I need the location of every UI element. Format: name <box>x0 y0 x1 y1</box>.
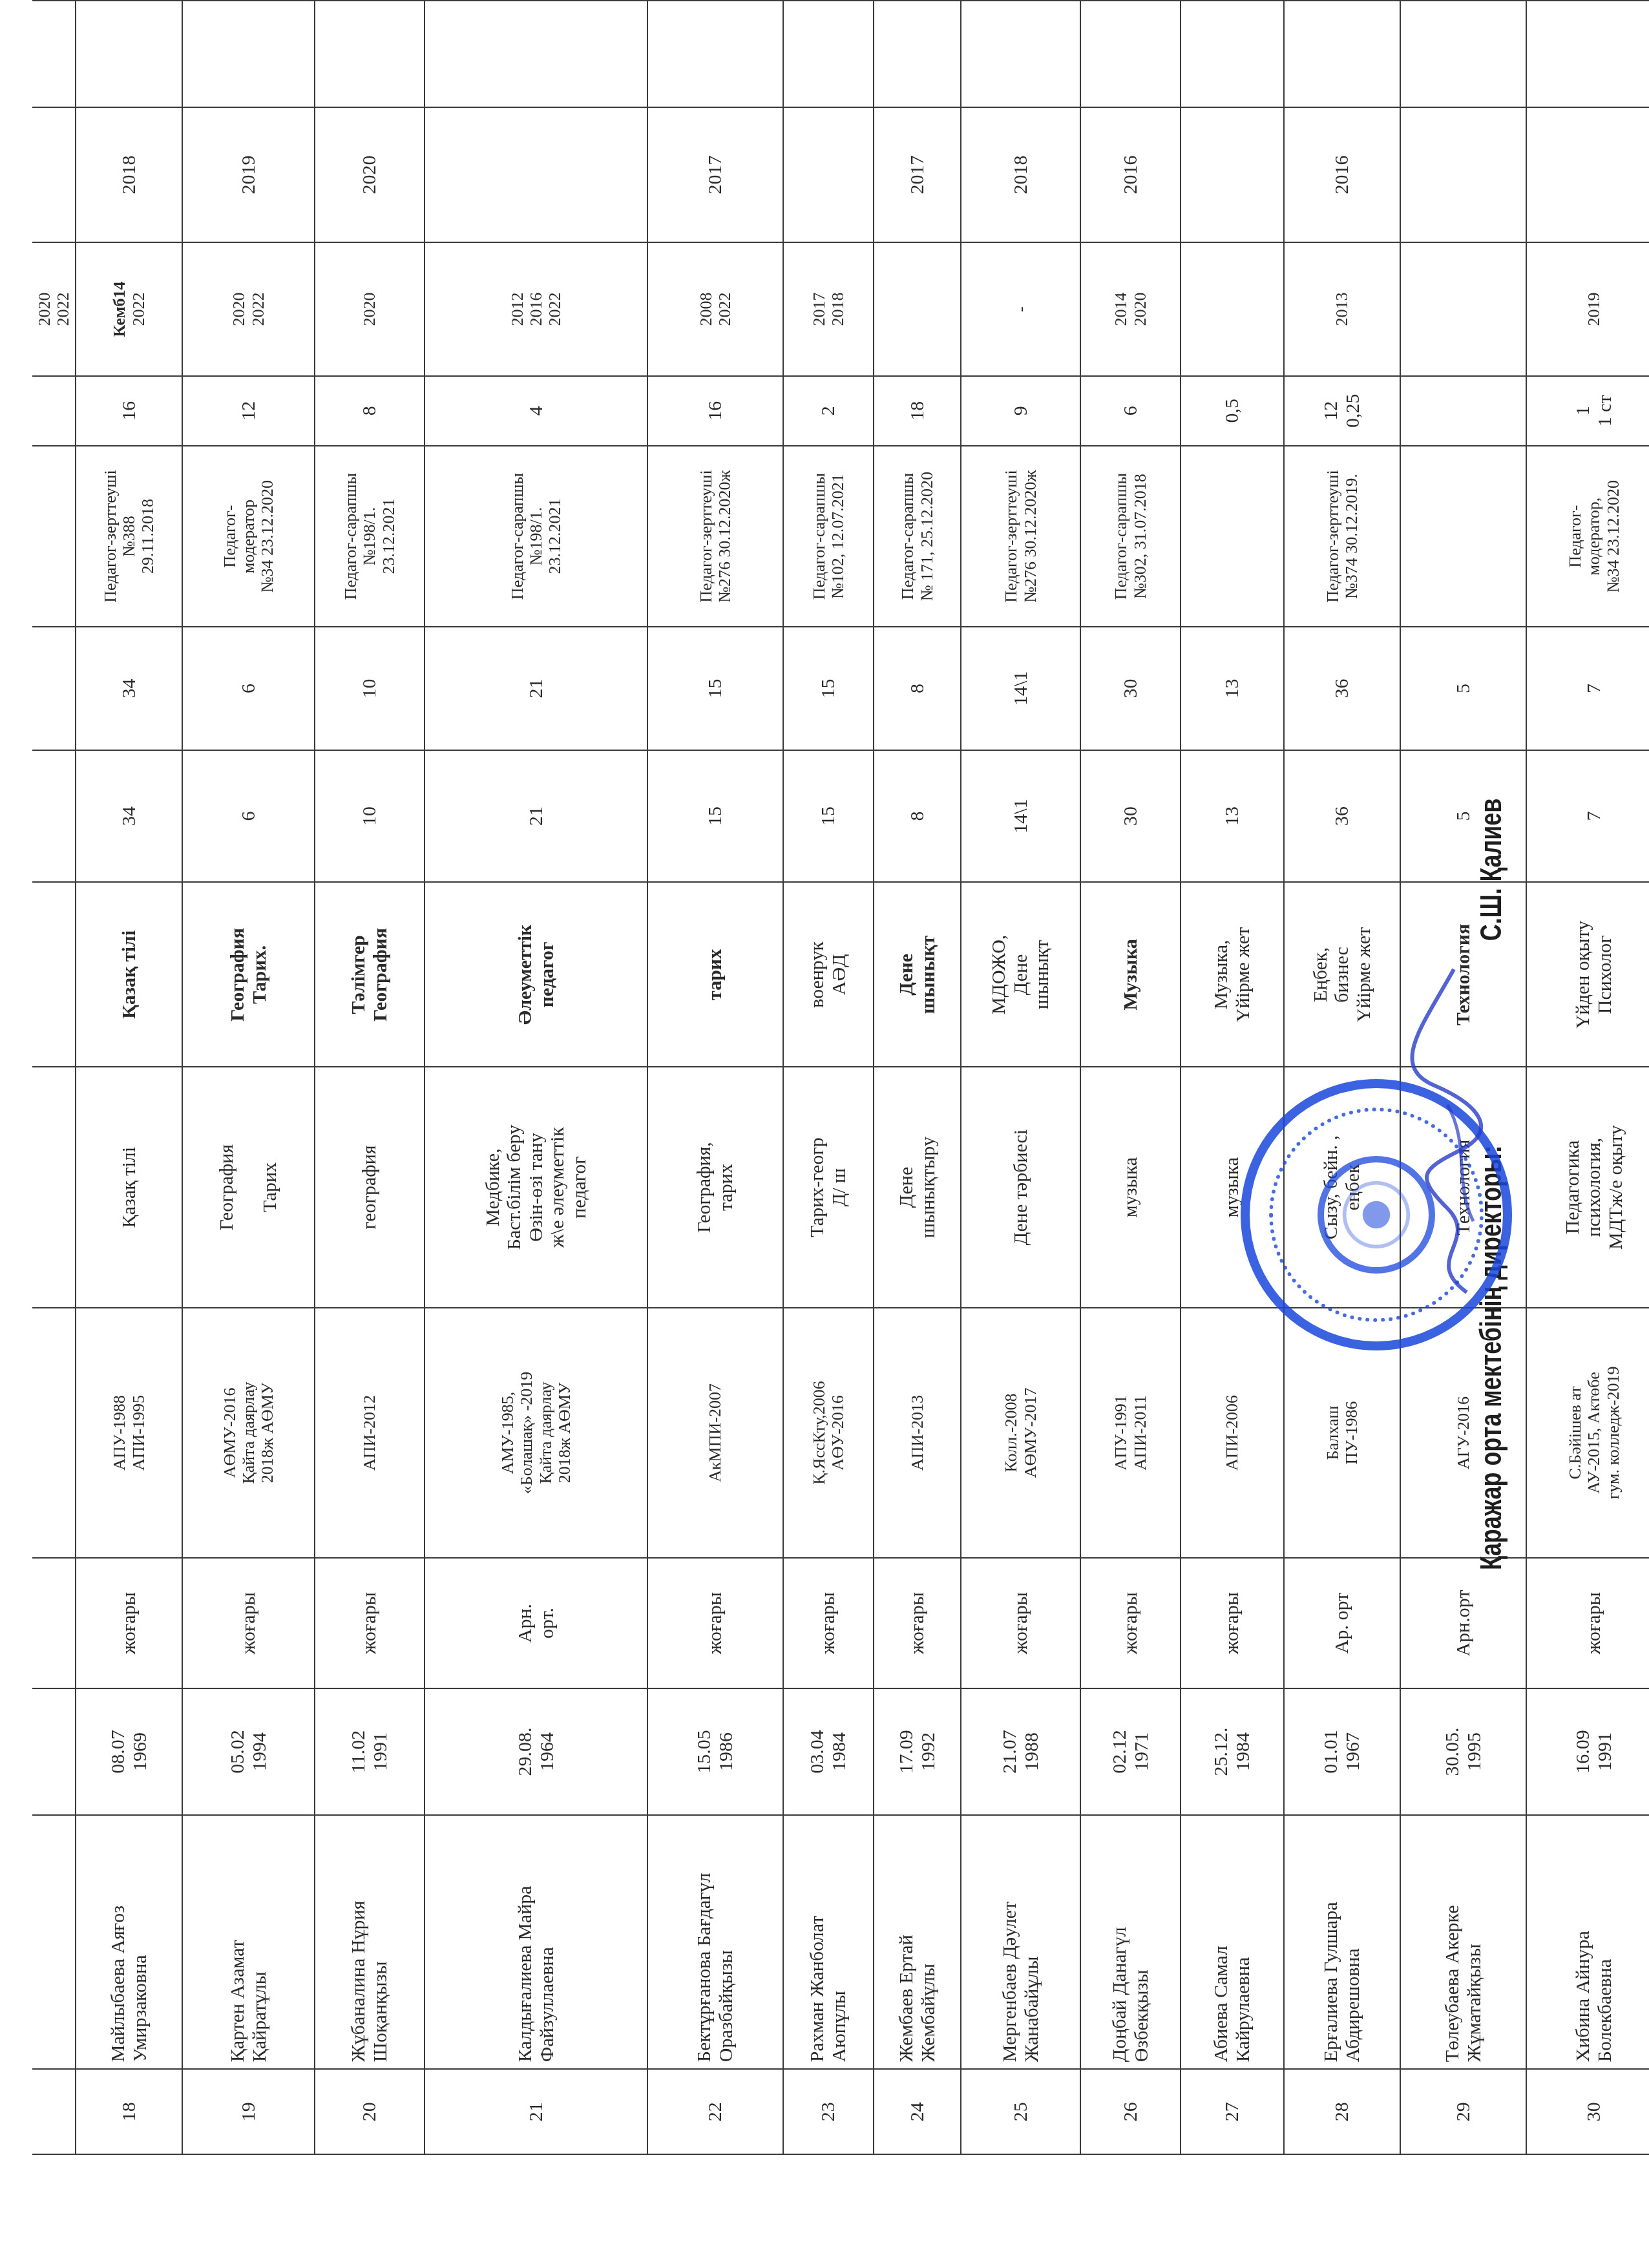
diploma-specialty: география <box>315 1067 425 1308</box>
diploma-specialty: музыка <box>1181 1067 1284 1308</box>
course-code: Кемб14 <box>110 281 129 337</box>
birth-date: 25.12. 1984 <box>1181 1688 1284 1815</box>
birth-date: 05.02 1994 <box>182 1688 315 1815</box>
table-row: 23Рахман Жанболат Аюпұлы03.04 1984жоғары… <box>783 1 874 2154</box>
teacher-name: Жұбаналина Нұрия Шоқанқызы <box>315 1815 425 2069</box>
diploma-specialty: Дене тәрбиесі <box>961 1067 1080 1308</box>
diploma-specialty: Тарих-геогр Д/ ш <box>783 1067 874 1308</box>
attestation-year <box>1400 107 1526 243</box>
course-years: 2019 <box>1526 243 1649 376</box>
diploma-specialty: География, тарих <box>647 1067 783 1308</box>
teaching-hours: 14\1 <box>961 750 1080 883</box>
row-number: 22 <box>647 2069 783 2154</box>
subject-taught: География Тарих. <box>182 883 315 1067</box>
attestation-year: 2020 <box>315 107 425 243</box>
table-row: 30Хибина Айнура Болекбаевна16.09 1991жоғ… <box>1526 1 1649 2154</box>
qualification-category: Педагог- модератор, №34 23.12.2020 <box>1526 446 1649 627</box>
teaching-hours-total: 15 <box>783 627 874 750</box>
qualification-category: Педагог-зерттеуші №276 30.12.2020ж <box>961 446 1080 627</box>
teacher-name: Төлеубаева Акерке Жұматайқызы <box>1400 1815 1526 2069</box>
work-experience: 12 <box>182 376 315 446</box>
blank-cell <box>647 1 783 107</box>
table-row: 21Калдығалиева Майра Файзуллаевна29.08. … <box>425 1 647 2154</box>
qualification-category: Педагог-зерттеуші №388 29.11.2018 <box>76 446 182 627</box>
institution: АПУ-1991 АПИ-2011 <box>1080 1308 1181 1558</box>
subject-taught: Музыка, Үйірме жет <box>1181 883 1284 1067</box>
teacher-name: Бектұрғанова Бағдагүл Оразбайқызы <box>647 1815 783 2069</box>
blank-cell <box>1526 1 1649 107</box>
course-years: 2014 2020 <box>1080 243 1181 376</box>
qualification-category <box>1181 446 1284 627</box>
teaching-hours-total: 15 <box>647 627 783 750</box>
work-experience <box>1400 376 1526 446</box>
education-level: жоғары <box>783 1558 874 1688</box>
subject-taught: Еңбек, бизнес Үйірме жет <box>1284 883 1400 1067</box>
attestation-year: 2018 <box>961 107 1080 243</box>
subject-taught: Музыка <box>1080 883 1181 1067</box>
table-row: 27Абиева Самал Кайрулаевна25.12. 1984жоғ… <box>1181 1 1284 2154</box>
blank-cell <box>425 1 647 107</box>
teacher-name: Хибина Айнура Болекбаевна <box>1526 1815 1649 2069</box>
subject-taught: Үйден оқыту Психолог <box>1526 883 1649 1067</box>
work-experience: 12 0,25 <box>1284 376 1400 446</box>
subject-taught: Дене шынықт <box>874 883 961 1067</box>
signature-line: Қаражар орта мектебінің директоры: С.Ш. … <box>1473 799 1508 1570</box>
institution: Қ.ЯссКту,2006 АӨУ-2016 <box>783 1308 874 1558</box>
education-level: жоғары <box>1181 1558 1284 1688</box>
education-level: жоғары <box>315 1558 425 1688</box>
teaching-hours-total: 34 <box>76 627 182 750</box>
birth-date: 21.07 1988 <box>961 1688 1080 1815</box>
course-years <box>1181 243 1284 376</box>
qualification-category: Педагог- модератор №34 23.12.2020 <box>182 446 315 627</box>
diploma-specialty: музыка <box>1080 1067 1181 1308</box>
attestation-year <box>1181 107 1284 243</box>
diploma-specialty: Дене шынықтыру <box>874 1067 961 1308</box>
subject-taught: МДОЖО, Дене шынықт <box>961 883 1080 1067</box>
teacher-name: Майлыбаева Аяғоз Умирзаковна <box>76 1815 182 2069</box>
institution: С.Бәйішев ат АУ-2015, Актөбе гум. коллед… <box>1526 1308 1649 1558</box>
course-years: 2012 2016 2022 <box>425 243 647 376</box>
blank-cell <box>783 1 874 107</box>
diploma-specialty: География Тарих <box>182 1067 315 1308</box>
teaching-hours-total: 30 <box>1080 627 1181 750</box>
teacher-name: Ерғалиева Гулшара Абдирешовна <box>1284 1815 1400 2069</box>
teacher-name: Жембаев Ертай Жембайұлы <box>874 1815 961 2069</box>
subject-taught: Тәлімгер География <box>315 883 425 1067</box>
table-row: 24Жембаев Ертай Жембайұлы17.09 1992жоғар… <box>874 1 961 2154</box>
row-number: 20 <box>315 2069 425 2154</box>
education-level: жоғары <box>961 1558 1080 1688</box>
diploma-specialty: Педагогика психология, МДТж/е оқыту <box>1526 1067 1649 1308</box>
row-number: 21 <box>425 2069 647 2154</box>
work-experience: 4 <box>425 376 647 446</box>
course-years: 2008 2022 <box>647 243 783 376</box>
teaching-hours-total: 36 <box>1284 627 1400 750</box>
partial-top-row: 2020 2022 <box>32 1 76 2154</box>
birth-date: 15.05 1986 <box>647 1688 783 1815</box>
blank-cell <box>76 1 182 107</box>
attestation-year: 2019 <box>182 107 315 243</box>
teaching-hours: 30 <box>1080 750 1181 883</box>
qualification-category: Педагог-сарапшы №198/1. 23.12.2021 <box>315 446 425 627</box>
blank-cell <box>1181 1 1284 107</box>
teacher-name: Абиева Самал Кайрулаевна <box>1181 1815 1284 2069</box>
row-number: 24 <box>874 2069 961 2154</box>
table-row: 25Мергенбаев Дәулет Жанабайұлы21.07 1988… <box>961 1 1080 2154</box>
teaching-hours: 36 <box>1284 750 1400 883</box>
course-years: 2020 <box>315 243 425 376</box>
work-experience: 18 <box>874 376 961 446</box>
work-experience: 9 <box>961 376 1080 446</box>
course-years: - <box>961 243 1080 376</box>
course-years <box>1400 243 1526 376</box>
attestation-year <box>425 107 647 243</box>
attestation-year: 2017 <box>647 107 783 243</box>
work-experience: 16 <box>647 376 783 446</box>
institution: АПУ-1988 АПИ-1995 <box>76 1308 182 1558</box>
teaching-hours: 21 <box>425 750 647 883</box>
subject-taught: военрук АӘД <box>783 883 874 1067</box>
row-number: 19 <box>182 2069 315 2154</box>
table-row: 22Бектұрғанова Бағдагүл Оразбайқызы15.05… <box>647 1 783 2154</box>
staff-table-wrapper: 2020 2022 18Майлыбаева Аяғоз Умирзаковна… <box>32 0 1649 2155</box>
qualification-category: Педагог-сарапшы №198/1. 23.12.2021 <box>425 446 647 627</box>
teaching-hours: 7 <box>1526 750 1649 883</box>
qualification-category <box>1400 446 1526 627</box>
birth-date: 16.09 1991 <box>1526 1688 1649 1815</box>
row-number: 18 <box>76 2069 182 2154</box>
blank-cell <box>315 1 425 107</box>
attestation-year: 2016 <box>1284 107 1400 243</box>
qualification-category: Педагог-сарапшы №102, 12.07.2021 <box>783 446 874 627</box>
subject-taught: Әлеуметтік педагог <box>425 883 647 1067</box>
education-level: жоғары <box>647 1558 783 1688</box>
row-number: 27 <box>1181 2069 1284 2154</box>
teaching-hours-total: 21 <box>425 627 647 750</box>
institution: АӨМУ-2016 Қайта даярлау 2018ж АӨМУ <box>182 1308 315 1558</box>
teaching-hours-total: 13 <box>1181 627 1284 750</box>
teaching-hours: 13 <box>1181 750 1284 883</box>
birth-date: 30.05. 1995 <box>1400 1688 1526 1815</box>
teaching-hours: 34 <box>76 750 182 883</box>
diploma-specialty: Медбике, Баст.білім беру Өзін-өзі тану ж… <box>425 1067 647 1308</box>
teacher-name: Калдығалиева Майра Файзуллаевна <box>425 1815 647 2069</box>
course-years: 2013 <box>1284 243 1400 376</box>
table-row: 28Ерғалиева Гулшара Абдирешовна01.01 196… <box>1284 1 1400 2154</box>
institution: АПИ-2012 <box>315 1308 425 1558</box>
qualification-category: Педагог-сарапшы № 171, 25.12.2020 <box>874 446 961 627</box>
row-number: 25 <box>961 2069 1080 2154</box>
teaching-hours-total: 14\1 <box>961 627 1080 750</box>
diploma-specialty: Қазақ тілі <box>76 1067 182 1308</box>
birth-date: 17.09 1992 <box>874 1688 961 1815</box>
blank-cell <box>182 1 315 107</box>
teacher-name: Мергенбаев Дәулет Жанабайұлы <box>961 1815 1080 2069</box>
qualification-category: Педагог-зерттеуші №276 30.12.2020ж <box>647 446 783 627</box>
institution: Колл.-2008 АӨМУ-2017 <box>961 1308 1080 1558</box>
teaching-hours-total: 6 <box>182 627 315 750</box>
subject-taught: тарих <box>647 883 783 1067</box>
row-number: 30 <box>1526 2069 1649 2154</box>
subject-taught: Қазақ тілі <box>76 883 182 1067</box>
work-experience: 8 <box>315 376 425 446</box>
table-row: 19Қартен Азамат Қайратұлы05.02 1994жоғар… <box>182 1 315 2154</box>
work-experience: 0,5 <box>1181 376 1284 446</box>
teacher-name: Қартен Азамат Қайратұлы <box>182 1815 315 2069</box>
teaching-hours-total: 10 <box>315 627 425 750</box>
teaching-hours: 10 <box>315 750 425 883</box>
birth-date: 08.07 1969 <box>76 1688 182 1815</box>
attestation-year: 2018 <box>76 107 182 243</box>
diploma-specialty: Сызу, бейн. , еңбек <box>1284 1067 1400 1308</box>
education-level: Арн. орт. <box>425 1558 647 1688</box>
birth-date: 11.02 1991 <box>315 1688 425 1815</box>
attestation-year <box>1526 107 1649 243</box>
education-level: жоғары <box>1080 1558 1181 1688</box>
director-title: Қаражар орта мектебінің директоры: <box>1474 1146 1507 1570</box>
table-row: 18Майлыбаева Аяғоз Умирзаковна08.07 1969… <box>76 1 182 2154</box>
education-level: Арн.орт <box>1400 1558 1526 1688</box>
birth-date: 01.01 1967 <box>1284 1688 1400 1815</box>
work-experience: 1 1 ст <box>1526 376 1649 446</box>
row-number: 23 <box>783 2069 874 2154</box>
blank-cell <box>1400 1 1526 107</box>
partial-course-years: 2020 2022 <box>32 243 76 376</box>
teaching-hours-total: 5 <box>1400 627 1526 750</box>
institution: АПИ-2013 <box>874 1308 961 1558</box>
work-experience: 2 <box>783 376 874 446</box>
teaching-hours-total: 7 <box>1526 627 1649 750</box>
teaching-hours: 15 <box>647 750 783 883</box>
teaching-hours: 15 <box>783 750 874 883</box>
row-number: 28 <box>1284 2069 1400 2154</box>
birth-date: 02.12 1971 <box>1080 1688 1181 1815</box>
work-experience: 16 <box>76 376 182 446</box>
blank-cell <box>1080 1 1181 107</box>
education-level: Ар. орт <box>1284 1558 1400 1688</box>
blank-cell <box>1284 1 1400 107</box>
course-years: 2020 2022 <box>182 243 315 376</box>
teaching-hours: 8 <box>874 750 961 883</box>
qualification-category: Педагог-зерттеуші №374 30.12.2019. <box>1284 446 1400 627</box>
education-level: жоғары <box>76 1558 182 1688</box>
course-years <box>874 243 961 376</box>
education-level: жоғары <box>874 1558 961 1688</box>
birth-date: 29.08. 1964 <box>425 1688 647 1815</box>
table-row: 20Жұбаналина Нұрия Шоқанқызы11.02 1991жо… <box>315 1 425 2154</box>
institution: АМУ-1985, «Болашақ» -2019 Қайта даярлау … <box>425 1308 647 1558</box>
institution: АПИ-2006 <box>1181 1308 1284 1558</box>
work-experience: 6 <box>1080 376 1181 446</box>
table-row: 26Доңбай Данагүл Өзбекқызы02.12 1971жоға… <box>1080 1 1181 2154</box>
blank-cell <box>874 1 961 107</box>
attestation-year <box>783 107 874 243</box>
qualification-category: Педагог-сарапшы №302, 31.07.2018 <box>1080 446 1181 627</box>
staff-table: 2020 2022 18Майлыбаева Аяғоз Умирзаковна… <box>32 0 1649 2155</box>
document-sheet: 2020 2022 18Майлыбаева Аяғоз Умирзаковна… <box>0 0 1649 2268</box>
course-years: Кемб14 2022 <box>76 243 182 376</box>
row-number: 29 <box>1400 2069 1526 2154</box>
row-number: 26 <box>1080 2069 1181 2154</box>
attestation-year: 2016 <box>1080 107 1181 243</box>
attestation-year: 2017 <box>874 107 961 243</box>
director-name: С.Ш. Қалиев <box>1474 799 1507 941</box>
course-years: 2017 2018 <box>783 243 874 376</box>
teaching-hours: 6 <box>182 750 315 883</box>
teacher-name: Доңбай Данагүл Өзбекқызы <box>1080 1815 1181 2069</box>
education-level: жоғары <box>182 1558 315 1688</box>
institution: Балхаш ПУ-1986 <box>1284 1308 1400 1558</box>
education-level: жоғары <box>1526 1558 1649 1688</box>
birth-date: 03.04 1984 <box>783 1688 874 1815</box>
blank-cell <box>961 1 1080 107</box>
teacher-name: Рахман Жанболат Аюпұлы <box>783 1815 874 2069</box>
teaching-hours-total: 8 <box>874 627 961 750</box>
institution: АкМПИ-2007 <box>647 1308 783 1558</box>
